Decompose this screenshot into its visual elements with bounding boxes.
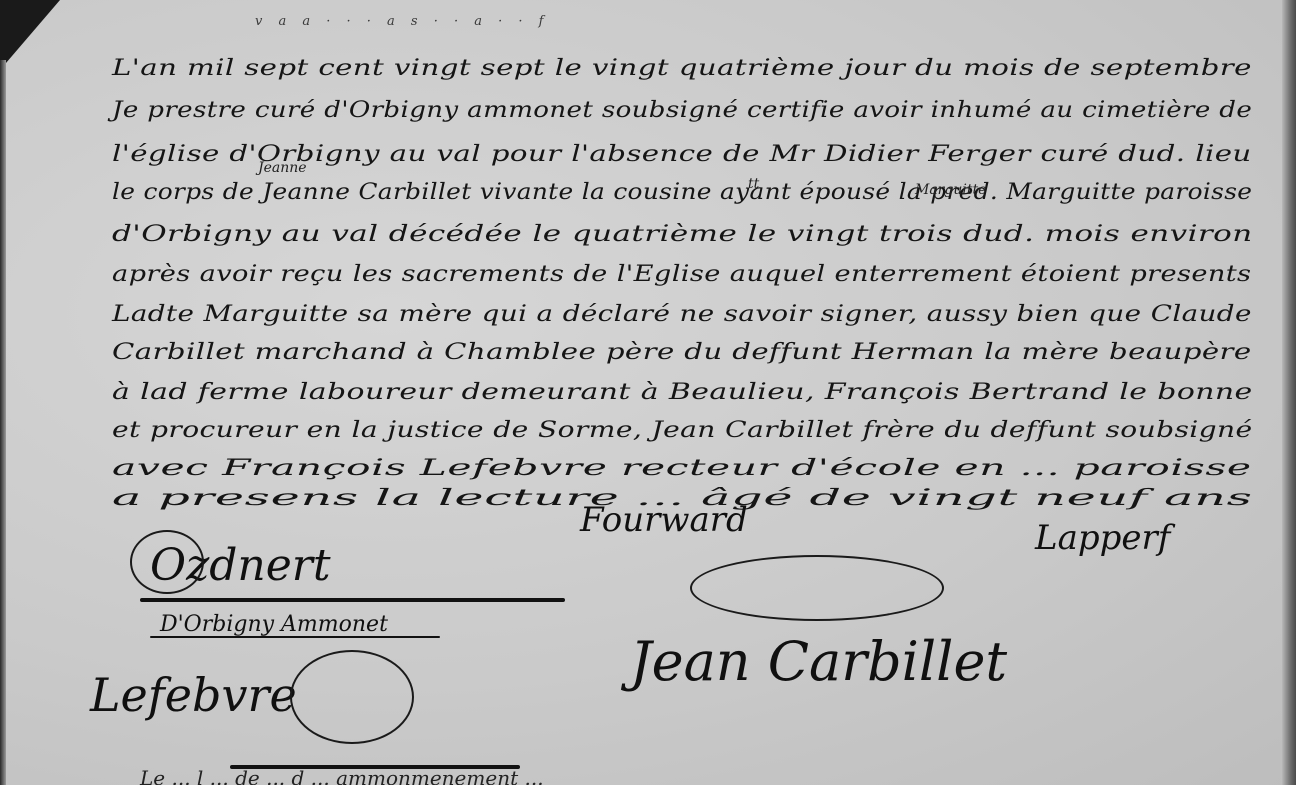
text-line-7: Ladte Marguitte sa mère qui a déclaré ne… <box>112 302 1252 327</box>
text-line-2: Je prestre curé d'Orbigny ammonet soubsi… <box>112 98 1252 123</box>
text-line-8: Carbillet marchand à Chamblee père du de… <box>112 340 1252 365</box>
signature-underline <box>150 636 440 638</box>
signature-paraph <box>290 650 414 744</box>
signature-underline <box>140 598 565 602</box>
text-line-9: à lad ferme laboureur demeurant à Beauli… <box>112 380 1253 405</box>
interlinear-annotation-1: Jeanne <box>258 160 307 176</box>
text-line-4: le corps de Jeanne Carbillet vivante la … <box>112 180 1252 205</box>
interlinear-annotation-3: Marguitte <box>915 182 986 198</box>
text-line-1: L'an mil sept cent vingt sept le vingt q… <box>112 56 1252 81</box>
signature-jean-carbillet: Jean Carbillet <box>630 630 1007 693</box>
signature-lefebvre: Lefebvre <box>90 668 297 722</box>
signature-paraph <box>690 555 944 621</box>
text-line-10: et procureur en la justice de Sorme, Jea… <box>112 418 1253 443</box>
page-left-edge <box>0 60 6 785</box>
signature-fourward: Fourward <box>580 500 748 540</box>
interlinear-annotation-2: tt <box>748 176 759 192</box>
signature-flourish <box>130 530 204 594</box>
text-line-6: après avoir reçu les sacrements de l'Egl… <box>112 262 1251 287</box>
next-entry-partial-line: Le ... l ... de ... d ... ammonmenement … <box>140 766 544 785</box>
scanned-register-page: v a a · · · a s · · a · · f L'an mil sep… <box>0 0 1296 785</box>
text-line-5: d'Orbigny au val décédée le quatrième le… <box>112 222 1253 247</box>
text-line-11: avec François Lefebvre recteur d'école e… <box>112 456 1252 481</box>
page-corner-shadow <box>0 0 60 70</box>
signature-dorbigny-ammonet: D'Orbigny Ammonet <box>160 612 388 637</box>
signature-lapperf: Lapperf <box>1035 518 1170 558</box>
header-marks: v a a · · · a s · · a · · f <box>255 14 549 29</box>
page-binding-edge <box>1282 0 1296 785</box>
